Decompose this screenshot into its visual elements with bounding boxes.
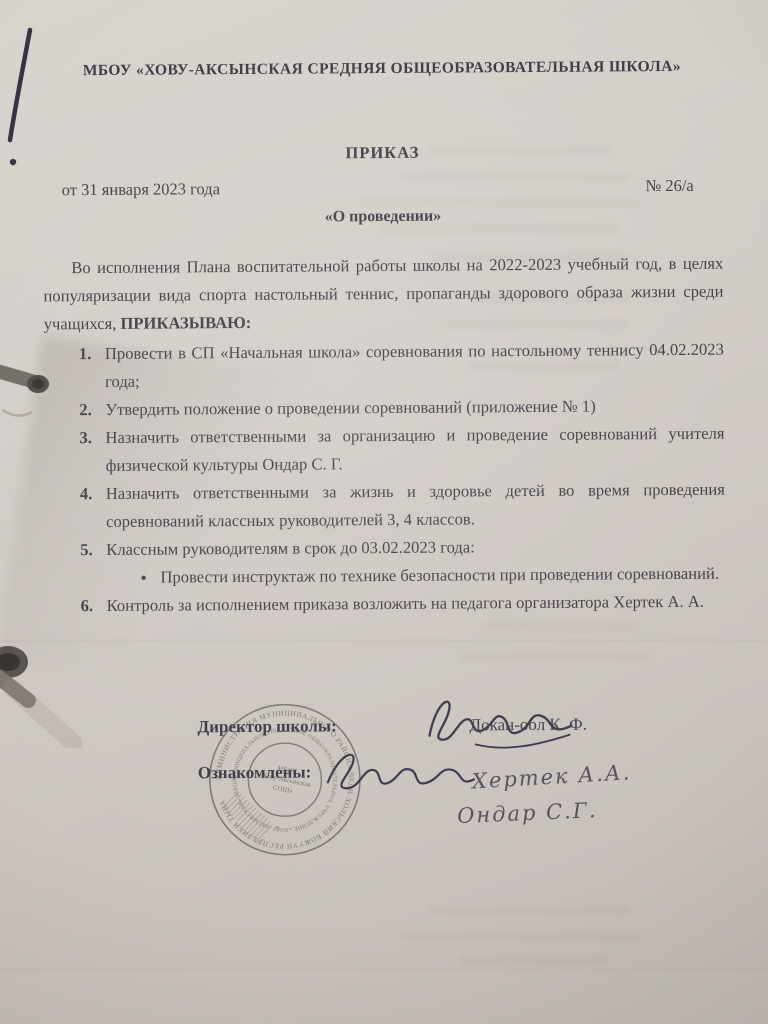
svg-text:*: * bbox=[275, 824, 279, 833]
document-page: МБОУ «ХОВУ-АКСЫНСКАЯ СРЕДНЯЯ ОБЩЕОБРАЗОВ… bbox=[0, 0, 768, 1024]
document-content: МБОУ «ХОВУ-АКСЫНСКАЯ СРЕДНЯЯ ОБЩЕОБРАЗОВ… bbox=[0, 0, 768, 1024]
acknowledged-name-2: Ондар С.Г. bbox=[457, 798, 598, 828]
director-name: Докан-оол К. Ф. bbox=[469, 715, 587, 736]
acknowledged-label: Ознакомлены: bbox=[198, 763, 312, 784]
acknowledged-signature bbox=[320, 741, 480, 800]
stamp-center-line-3: СОШ» bbox=[272, 784, 294, 795]
acknowledged-name-1: Хертек А.А. bbox=[471, 760, 632, 793]
signature-block: АДМИНИСТРАЦИЯ МУНИЦИПАЛЬНОГО РАЙОНА ЧЕДИ… bbox=[0, 0, 768, 1024]
director-label: Директор школы: bbox=[197, 716, 336, 737]
